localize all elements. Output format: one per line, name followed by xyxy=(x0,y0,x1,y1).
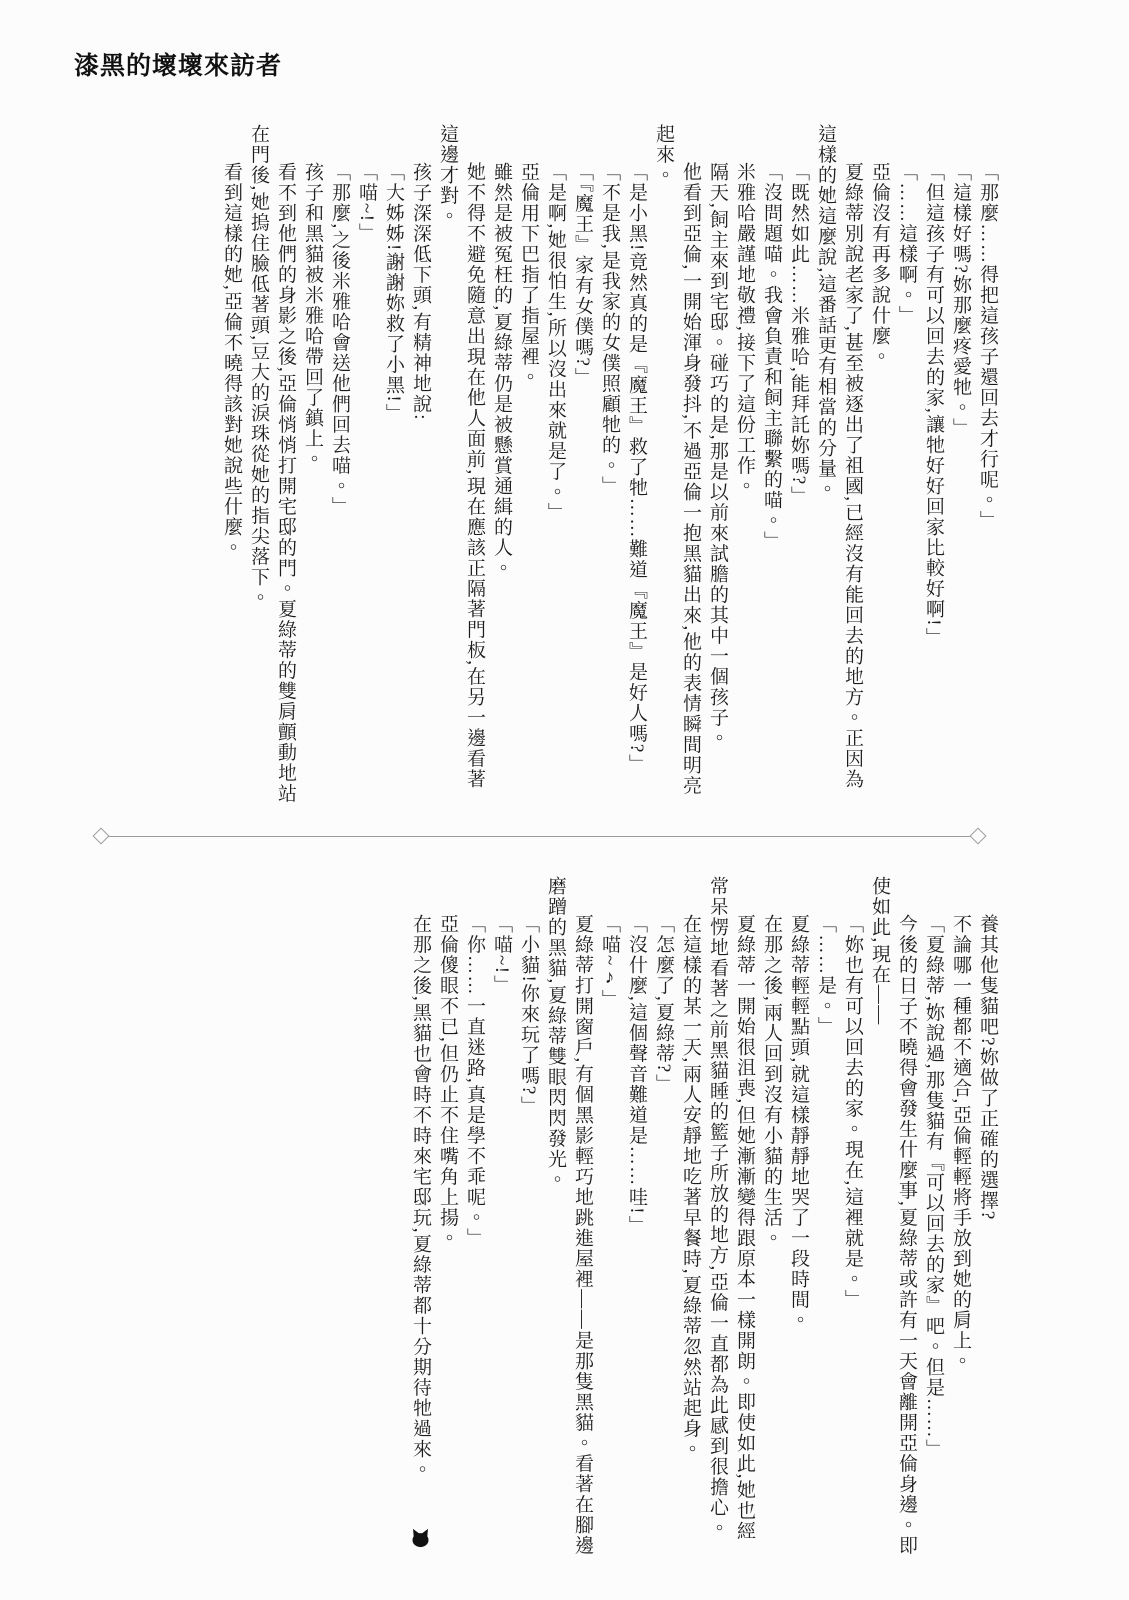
paragraph: 「……這樣啊。」 xyxy=(893,124,920,804)
paragraph: 「小貓!你來玩了嗎?」 xyxy=(515,876,542,1556)
paragraph: 「你……一直迷路,真是學不乖呢。」 xyxy=(461,876,488,1556)
paragraph: 「是小黑!竟然真的是『魔王』救了牠……難道『魔王』是好人嗎?」 xyxy=(623,124,650,804)
paragraph: 在這樣的某一天,兩人安靜地吃著早餐時,夏綠蒂忽然站起身。 xyxy=(677,876,704,1556)
book-page: 漆黑的壞壞來訪者 「那麼……得把這孩子還回去才行呢。」「這樣好嗎?妳那麼疼愛牠。… xyxy=(0,0,1129,1600)
paragraph: 養其他隻貓吧?妳做了正確的選擇? xyxy=(974,876,1001,1556)
cat-face-end-mark-icon xyxy=(407,1490,434,1548)
paragraph: 隔天,飼主來到宅邸。碰巧的是,那是以前來試膽的其中一個孩子。 xyxy=(704,124,731,804)
paragraph: 「大姊姊!謝謝妳救了小黑!」 xyxy=(380,124,407,804)
paragraph: 他看到亞倫,一開始渾身發抖,不過亞倫一抱黑貓出來,他的表情瞬間明亮起來。 xyxy=(650,124,704,804)
divider-diamond-left-icon xyxy=(93,828,110,845)
paragraph: 「那麼,之後米雅哈會送他們回去喵。」 xyxy=(326,124,353,804)
section-divider xyxy=(95,829,984,843)
paragraph: 夏綠蒂一開始很沮喪,但她漸漸變得跟原本一樣開朗。即使如此,她也經常呆愣地看著之前… xyxy=(704,876,758,1556)
paragraph: 不論哪一種都不適合,亞倫輕輕將手放到她的肩上。 xyxy=(947,876,974,1556)
paragraph: 「但這孩子有可以回去的家,讓牠好好回家比較好啊!」 xyxy=(920,124,947,804)
paragraph: 她不得不避免隨意出現在他人面前,現在應該正隔著門板,在另一邊看著這邊才對。 xyxy=(434,124,488,804)
paragraph: 「是啊,她很怕生,所以沒出來就是了。」 xyxy=(542,124,569,804)
paragraph: 「……是。」 xyxy=(812,876,839,1556)
paragraph: 雖然是被冤枉的,夏綠蒂仍是被懸賞通緝的人。 xyxy=(488,124,515,804)
paragraph: 亞倫沒有再多說什麼。 xyxy=(866,124,893,804)
paragraph: 亞倫傻眼不已,但仍止不住嘴角上揚。 xyxy=(434,876,461,1556)
paragraph: 「夏綠蒂,妳說過,那隻貓有『可以回去的家』吧。但是……」 xyxy=(920,876,947,1556)
paragraph: 「沒問題喵。我會負責和飼主聯繫的喵。」 xyxy=(758,124,785,804)
paragraph: 夏綠蒂別說老家了,甚至被逐出了祖國,已經沒有能回去的地方。正因為這樣的她這麼說,… xyxy=(812,124,866,804)
divider-line xyxy=(104,836,975,837)
paragraph: 「沒什麼,這個聲音難道是……哇!」 xyxy=(623,876,650,1556)
paragraph: 「『魔王』家有女僕嗎?」 xyxy=(569,124,596,804)
page-title: 漆黑的壞壞來訪者 xyxy=(74,46,282,82)
paragraph: 今後的日子不曉得會發生什麼事,夏綠蒂或許有一天會離開亞倫身邊。即使如此,現在—— xyxy=(866,876,920,1556)
paragraph: 「妳也有可以回去的家。現在,這裡就是。」 xyxy=(839,876,866,1556)
paragraph: 夏綠蒂打開窗戶,有個黑影輕巧地跳進屋裡——是那隻黑貓。看著在腳邊磨蹭的黑貓,夏綠… xyxy=(542,876,596,1556)
top-section: 「那麼……得把這孩子還回去才行呢。」「這樣好嗎?妳那麼疼愛牠。」「但這孩子有可以… xyxy=(218,124,1001,804)
paragraph: 夏綠蒂輕輕點頭,就這樣靜靜地哭了一段時間。 xyxy=(785,876,812,1556)
paragraph: 「喵~!」 xyxy=(488,876,515,1556)
paragraph: 「怎麼了,夏綠蒂?」 xyxy=(650,876,677,1556)
paragraph: 「那麼……得把這孩子還回去才行呢。」 xyxy=(974,124,1001,804)
paragraph: 「喵~!」 xyxy=(353,124,380,804)
paragraph: 看不到他們的身影之後,亞倫悄悄打開宅邸的門。夏綠蒂的雙肩顫動地站在門後,她摀住臉… xyxy=(245,124,299,804)
paragraph: 米雅哈嚴謹地敬禮,接下了這份工作。 xyxy=(731,124,758,804)
divider-diamond-right-icon xyxy=(970,828,987,845)
paragraph: 在那之後,黑貓也會時不時來宅邸玩,夏綠蒂都十分期待牠過來。 xyxy=(407,876,434,1556)
paragraph: 「不是我,是我家的女僕照顧牠的。」 xyxy=(596,124,623,804)
paragraph: 孩子深深低下頭,有精神地說: xyxy=(407,124,434,804)
paragraph: 在那之後,兩人回到沒有小貓的生活。 xyxy=(758,876,785,1556)
paragraph: 「喵~♪」 xyxy=(596,876,623,1556)
paragraph: 亞倫用下巴指了指屋裡。 xyxy=(515,124,542,804)
paragraph: 「這樣好嗎?妳那麼疼愛牠。」 xyxy=(947,124,974,804)
paragraph: 看到這樣的她,亞倫不曉得該對她說些什麼。 xyxy=(218,124,245,804)
paragraph: 「既然如此……米雅哈,能拜託妳嗎?」 xyxy=(785,124,812,804)
bottom-section: 養其他隻貓吧?妳做了正確的選擇?不論哪一種都不適合,亞倫輕輕將手放到她的肩上。「… xyxy=(407,876,1001,1556)
paragraph: 孩子和黑貓被米雅哈帶回了鎮上。 xyxy=(299,124,326,804)
